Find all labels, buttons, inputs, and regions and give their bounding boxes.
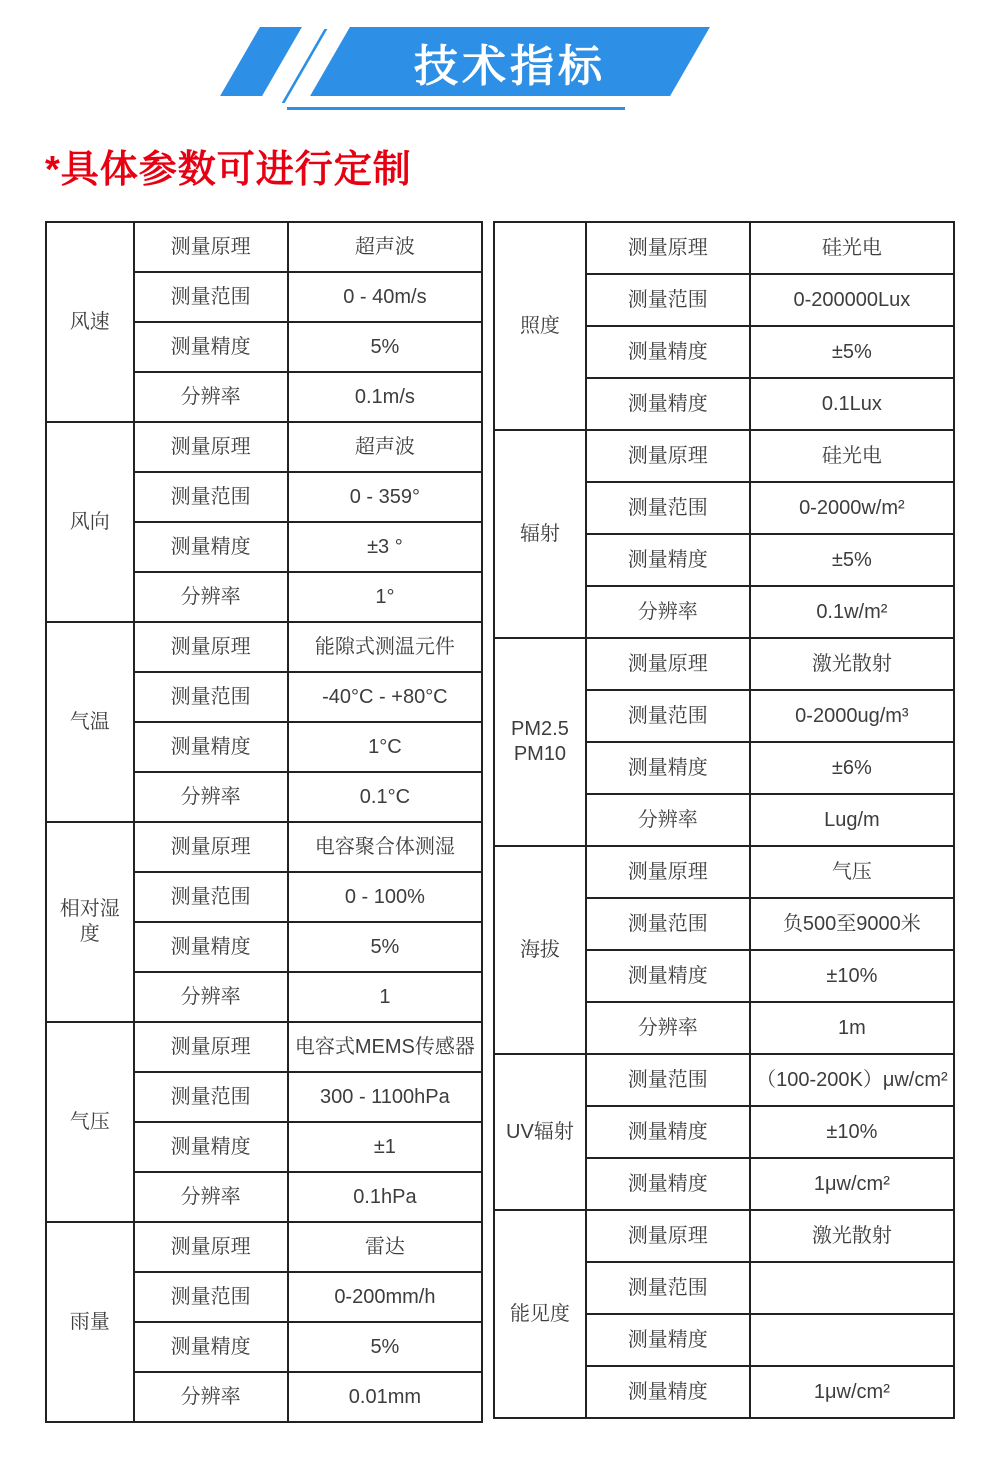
spec-row: 相对湿度测量原理电容聚合体测湿 bbox=[46, 822, 482, 872]
spec-row: 风速测量原理超声波 bbox=[46, 222, 482, 272]
category-cell: 气温 bbox=[46, 622, 134, 822]
spec-label-cell: 分辨率 bbox=[134, 1372, 288, 1422]
customization-note: *具体参数可进行定制 bbox=[45, 138, 1000, 193]
spec-value-cell: 5% bbox=[288, 922, 482, 972]
spec-label-cell: 测量精度 bbox=[134, 1322, 288, 1372]
spec-label-cell: 测量精度 bbox=[586, 1366, 750, 1418]
spec-value-cell bbox=[750, 1262, 954, 1314]
spec-label-cell: 分辨率 bbox=[586, 794, 750, 846]
spec-row: 风向测量原理超声波 bbox=[46, 422, 482, 472]
category-cell: 雨量 bbox=[46, 1222, 134, 1422]
spec-label-cell: 测量精度 bbox=[134, 522, 288, 572]
category-cell: 相对湿度 bbox=[46, 822, 134, 1022]
right-spec-table: 照度测量原理硅光电测量范围0-200000Lux测量精度±5%测量精度0.1Lu… bbox=[493, 221, 955, 1419]
spec-label-cell: 测量原理 bbox=[134, 222, 288, 272]
spec-label-cell: 测量范围 bbox=[134, 1272, 288, 1322]
spec-label-cell: 分辨率 bbox=[134, 772, 288, 822]
spec-value-cell: ±3 ° bbox=[288, 522, 482, 572]
spec-value-cell: 负500至9000米 bbox=[750, 898, 954, 950]
spec-label-cell: 测量范围 bbox=[134, 472, 288, 522]
category-cell: 风向 bbox=[46, 422, 134, 622]
spec-value-cell: 0.1Lux bbox=[750, 378, 954, 430]
spec-label-cell: 分辨率 bbox=[134, 972, 288, 1022]
spec-value-cell: 1° bbox=[288, 572, 482, 622]
spec-label-cell: 测量范围 bbox=[134, 672, 288, 722]
spec-label-cell: 测量精度 bbox=[586, 326, 750, 378]
spec-label-cell: 分辨率 bbox=[134, 572, 288, 622]
spec-value-cell: 雷达 bbox=[288, 1222, 482, 1272]
spec-label-cell: 测量原理 bbox=[586, 846, 750, 898]
spec-label-cell: 测量精度 bbox=[134, 922, 288, 972]
spec-value-cell: Lug/m bbox=[750, 794, 954, 846]
spec-label-cell: 测量范围 bbox=[134, 272, 288, 322]
category-cell: 能见度 bbox=[494, 1210, 586, 1418]
spec-label-cell: 测量精度 bbox=[586, 1158, 750, 1210]
spec-value-cell: 超声波 bbox=[288, 422, 482, 472]
spec-label-cell: 测量精度 bbox=[134, 322, 288, 372]
spec-value-cell: 1 bbox=[288, 972, 482, 1022]
spec-value-cell: 1μw/cm² bbox=[750, 1158, 954, 1210]
spec-value-cell: ±10% bbox=[750, 950, 954, 1002]
category-cell: PM2.5 PM10 bbox=[494, 638, 586, 846]
spec-value-cell bbox=[750, 1314, 954, 1366]
spec-label-cell: 测量原理 bbox=[586, 1210, 750, 1262]
spec-label-cell: 测量原理 bbox=[134, 1022, 288, 1072]
spec-value-cell: 硅光电 bbox=[750, 430, 954, 482]
spec-value-cell: 0-2000ug/m³ bbox=[750, 690, 954, 742]
spec-label-cell: 测量精度 bbox=[586, 1106, 750, 1158]
banner-underline-decoration bbox=[287, 107, 625, 110]
spec-value-cell: （100-200K）μw/cm² bbox=[750, 1054, 954, 1106]
spec-value-cell: 超声波 bbox=[288, 222, 482, 272]
spec-label-cell: 测量原理 bbox=[134, 622, 288, 672]
spec-label-cell: 测量范围 bbox=[134, 1072, 288, 1122]
spec-value-cell: 5% bbox=[288, 1322, 482, 1372]
spec-label-cell: 测量精度 bbox=[586, 742, 750, 794]
spec-label-cell: 测量原理 bbox=[134, 822, 288, 872]
spec-value-cell: ±6% bbox=[750, 742, 954, 794]
spec-label-cell: 测量精度 bbox=[586, 1314, 750, 1366]
spec-value-cell: 1°C bbox=[288, 722, 482, 772]
spec-row: 能见度测量原理激光散射 bbox=[494, 1210, 954, 1262]
banner: 技术指标 bbox=[0, 12, 1000, 114]
spec-label-cell: 测量原理 bbox=[586, 222, 750, 274]
spec-value-cell: 电容式MEMS传感器 bbox=[288, 1022, 482, 1072]
spec-label-cell: 测量精度 bbox=[134, 1122, 288, 1172]
spec-value-cell: 0.01mm bbox=[288, 1372, 482, 1422]
spec-label-cell: 测量精度 bbox=[586, 950, 750, 1002]
spec-value-cell: 0.1m/s bbox=[288, 372, 482, 422]
spec-value-cell: 1μw/cm² bbox=[750, 1366, 954, 1418]
spec-value-cell: 5% bbox=[288, 322, 482, 372]
spec-row: 气温测量原理能隙式测温元件 bbox=[46, 622, 482, 672]
spec-value-cell: ±5% bbox=[750, 326, 954, 378]
spec-value-cell: 0-200000Lux bbox=[750, 274, 954, 326]
spec-label-cell: 分辨率 bbox=[586, 586, 750, 638]
spec-label-cell: 测量范围 bbox=[586, 898, 750, 950]
spec-value-cell: 气压 bbox=[750, 846, 954, 898]
spec-tables-container: 风速测量原理超声波测量范围0 - 40m/s测量精度5%分辨率0.1m/s风向测… bbox=[0, 221, 1000, 1423]
spec-value-cell: 0-200mm/h bbox=[288, 1272, 482, 1322]
spec-row: PM2.5 PM10测量原理激光散射 bbox=[494, 638, 954, 690]
spec-row: 辐射测量原理硅光电 bbox=[494, 430, 954, 482]
spec-label-cell: 分辨率 bbox=[134, 372, 288, 422]
spec-label-cell: 测量精度 bbox=[134, 722, 288, 772]
spec-label-cell: 测量范围 bbox=[586, 482, 750, 534]
spec-value-cell: 硅光电 bbox=[750, 222, 954, 274]
spec-row: UV辐射测量范围（100-200K）μw/cm² bbox=[494, 1054, 954, 1106]
category-cell: 辐射 bbox=[494, 430, 586, 638]
spec-row: 雨量测量原理雷达 bbox=[46, 1222, 482, 1272]
spec-label-cell: 测量范围 bbox=[586, 690, 750, 742]
spec-label-cell: 测量范围 bbox=[586, 1054, 750, 1106]
spec-label-cell: 测量精度 bbox=[586, 378, 750, 430]
category-cell: 海拔 bbox=[494, 846, 586, 1054]
spec-row: 照度测量原理硅光电 bbox=[494, 222, 954, 274]
spec-label-cell: 分辨率 bbox=[134, 1172, 288, 1222]
spec-label-cell: 测量精度 bbox=[586, 534, 750, 586]
spec-value-cell: 0 - 40m/s bbox=[288, 272, 482, 322]
spec-value-cell: 0.1w/m² bbox=[750, 586, 954, 638]
spec-label-cell: 测量原理 bbox=[586, 430, 750, 482]
spec-value-cell: 0.1°C bbox=[288, 772, 482, 822]
spec-value-cell: 激光散射 bbox=[750, 638, 954, 690]
spec-label-cell: 测量原理 bbox=[586, 638, 750, 690]
spec-value-cell: 300 - 1100hPa bbox=[288, 1072, 482, 1122]
spec-label-cell: 测量原理 bbox=[134, 1222, 288, 1272]
page-title: 技术指标 bbox=[330, 27, 690, 96]
left-spec-table: 风速测量原理超声波测量范围0 - 40m/s测量精度5%分辨率0.1m/s风向测… bbox=[45, 221, 483, 1423]
spec-label-cell: 分辨率 bbox=[586, 1002, 750, 1054]
spec-label-cell: 测量原理 bbox=[134, 422, 288, 472]
spec-value-cell: 0-2000w/m² bbox=[750, 482, 954, 534]
spec-row: 气压测量原理电容式MEMS传感器 bbox=[46, 1022, 482, 1072]
spec-value-cell: 能隙式测温元件 bbox=[288, 622, 482, 672]
spec-label-cell: 测量范围 bbox=[586, 274, 750, 326]
spec-value-cell: ±5% bbox=[750, 534, 954, 586]
spec-value-cell: 0.1hPa bbox=[288, 1172, 482, 1222]
banner-slash-decoration bbox=[220, 27, 302, 96]
category-cell: 照度 bbox=[494, 222, 586, 430]
spec-value-cell: 0 - 100% bbox=[288, 872, 482, 922]
spec-value-cell: 0 - 359° bbox=[288, 472, 482, 522]
category-cell: 气压 bbox=[46, 1022, 134, 1222]
spec-value-cell: ±10% bbox=[750, 1106, 954, 1158]
spec-value-cell: -40°C - +80°C bbox=[288, 672, 482, 722]
category-cell: 风速 bbox=[46, 222, 134, 422]
spec-label-cell: 测量范围 bbox=[586, 1262, 750, 1314]
spec-label-cell: 测量范围 bbox=[134, 872, 288, 922]
spec-row: 海拔测量原理气压 bbox=[494, 846, 954, 898]
spec-value-cell: ±1 bbox=[288, 1122, 482, 1172]
spec-value-cell: 1m bbox=[750, 1002, 954, 1054]
spec-value-cell: 激光散射 bbox=[750, 1210, 954, 1262]
spec-value-cell: 电容聚合体测湿 bbox=[288, 822, 482, 872]
category-cell: UV辐射 bbox=[494, 1054, 586, 1210]
